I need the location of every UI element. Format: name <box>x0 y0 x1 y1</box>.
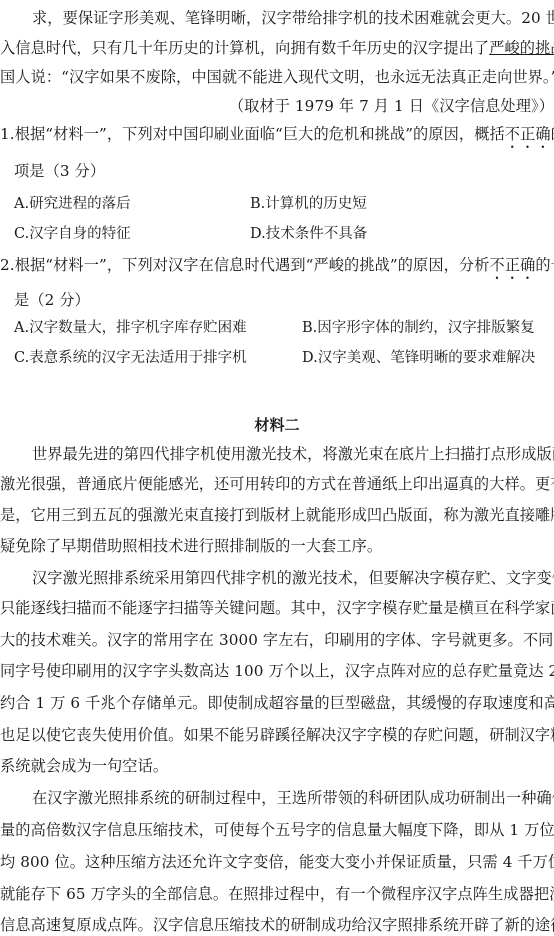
option-a[interactable]: A.研究进程的落后 <box>14 194 131 214</box>
paragraph-line: 系统就会成为一句空话。 <box>0 756 554 776</box>
option-label: C. <box>14 226 29 242</box>
paragraph-line: 信息高速复原成点阵。汉字信息压缩技术的研制成功给汉字照排系统开辟了新的途径，使得 <box>0 915 554 935</box>
question-stem-line2: 项是（3 分） <box>0 161 554 181</box>
option-label: D. <box>250 226 266 242</box>
emphasis-text: 不正确 <box>490 256 536 274</box>
option-b[interactable]: B.因字形字体的制约，汉字排版繁复 <box>302 318 535 338</box>
option-text: 研究进程的落后 <box>29 196 131 212</box>
paragraph-line: 世界最先进的第四代排字机使用激光技术，将激光束在底片上扫描打点形成版面。由于 <box>0 444 554 464</box>
option-label: B. <box>302 320 317 336</box>
option-c[interactable]: C.汉字自身的特征 <box>14 224 131 244</box>
question-stem: 1.根据“材料一”，下列对中国印刷业面临“巨大的危机和挑战”的原因，概括不正确的… <box>0 124 554 152</box>
option-label: C. <box>14 350 29 366</box>
paragraph-line: 也足以使它丧失使用价值。如果不能另辟蹊径解决汉字字模的存贮问题，研制汉字精密照排 <box>0 725 554 745</box>
option-text: 技术条件不具备 <box>266 226 368 242</box>
option-b[interactable]: B.计算机的历史短 <box>250 194 367 214</box>
text: 入信息时代，只有几十年历史的计算机，向拥有数千年历史的汉字提出了 <box>0 39 489 57</box>
section-title: 材料二 <box>0 415 554 435</box>
paragraph-line: 约合 1 万 6 千兆个存储单元。即使制成超容量的巨型磁盘，其缓慢的存取速度和高… <box>0 693 554 713</box>
paragraph-line: 入信息时代，只有几十年历史的计算机，向拥有数千年历史的汉字提出了严峻的挑战。有外 <box>0 38 554 58</box>
option-text: 汉字美观、笔锋明晰的要求难解决 <box>318 350 536 366</box>
option-a[interactable]: A.汉字数量大，排字机字库存贮困难 <box>14 318 247 338</box>
stem-text: 根据“材料一”，下列对中国印刷业面临“巨大的危机和挑战”的原因，概括 <box>15 125 505 143</box>
paragraph-line: 汉字激光照排系统采用第四代排字机的激光技术，但要解决字模存贮、文字变倍、激光 <box>0 568 554 588</box>
option-text: 计算机的历史短 <box>265 196 367 212</box>
paragraph-line: 只能逐线扫描而不能逐字扫描等关键问题。其中，汉字字模存贮量是横亘在科学家面前的最 <box>0 598 554 618</box>
option-d[interactable]: D.汉字美观、笔锋明晰的要求难解决 <box>302 348 535 368</box>
option-text: 因字形字体的制约，汉字排版繁复 <box>317 320 535 336</box>
source-citation: （取材于 1979 年 7 月 1 日《汉字信息处理》） <box>0 96 554 116</box>
paragraph-line: 同字号使印刷用的汉字字头数高达 100 万个以上，汉字点阵对应的总存贮量竟达 2… <box>0 661 554 681</box>
question-stem-line2: 是（2 分） <box>0 290 554 310</box>
paragraph-line: 激光很强，普通底片便能感光，还可用转印的方式在普通纸上印出逼真的大样。更有意义的 <box>0 474 554 494</box>
paragraph-line: 量的高倍数汉字信息压缩技术，可使每个五号字的信息量大幅度下降，即从 1 万位下降… <box>0 820 554 840</box>
option-d[interactable]: D.技术条件不具备 <box>250 224 367 244</box>
option-label: D. <box>302 350 318 366</box>
option-label: A. <box>14 196 29 212</box>
question-stem: 2.根据“材料一”，下列对汉字在信息时代遇到“严峻的挑战”的原因，分析不正确的一… <box>0 255 554 283</box>
option-text: 汉字数量大，排字机字库存贮困难 <box>29 320 247 336</box>
paragraph-line: 大的技术难关。汉字的常用字在 3000 字左右，印刷用的字体、字号就更多。不同字… <box>0 630 554 650</box>
question-number: 2. <box>0 256 15 274</box>
option-text: 汉字自身的特征 <box>29 226 131 242</box>
paragraph-line: 求，要保证字形美观、笔锋明晰，汉字带给排字机的技术困难就会更大。20 世纪已进 <box>0 8 554 28</box>
option-label: A. <box>14 320 29 336</box>
option-label: B. <box>250 196 265 212</box>
paragraph-line: 均 800 位。这种压缩方法还允许文字变倍，能变大变小并保证质量，只需 4 千万… <box>0 852 554 872</box>
option-c[interactable]: C.表意系统的汉字无法适用于排字机 <box>14 348 247 368</box>
paragraph-line: 在汉字激光照排系统的研制过程中，王选所带领的科研团队成功研制出一种确保文字质 <box>0 788 554 808</box>
question-number: 1. <box>0 125 15 143</box>
emphasis-text: 不正确 <box>505 125 551 143</box>
underlined-phrase: 严峻的挑战 <box>489 39 554 57</box>
stem-text: 根据“材料一”，下列对汉字在信息时代遇到“严峻的挑战”的原因，分析 <box>15 256 490 274</box>
paragraph-line: 国人说：“汉字如果不废除，中国就不能进入现代文明，也永远无法真正走向世界。” <box>0 67 554 87</box>
stem-text: 的一项 <box>535 256 554 274</box>
paragraph-line: 就能存下 65 万字头的全部信息。在照排过程中，有一个微程序汉字点阵生成器把汉字… <box>0 884 554 904</box>
paragraph-line: 疑免除了早期借助照相技术进行照排制版的一大套工序。 <box>0 536 554 556</box>
option-text: 表意系统的汉字无法适用于排字机 <box>29 350 247 366</box>
paragraph-line: 是，它用三到五瓦的强激光束直接打到版材上就能形成凹凸版面，称为激光直接雕版，这无 <box>0 505 554 525</box>
